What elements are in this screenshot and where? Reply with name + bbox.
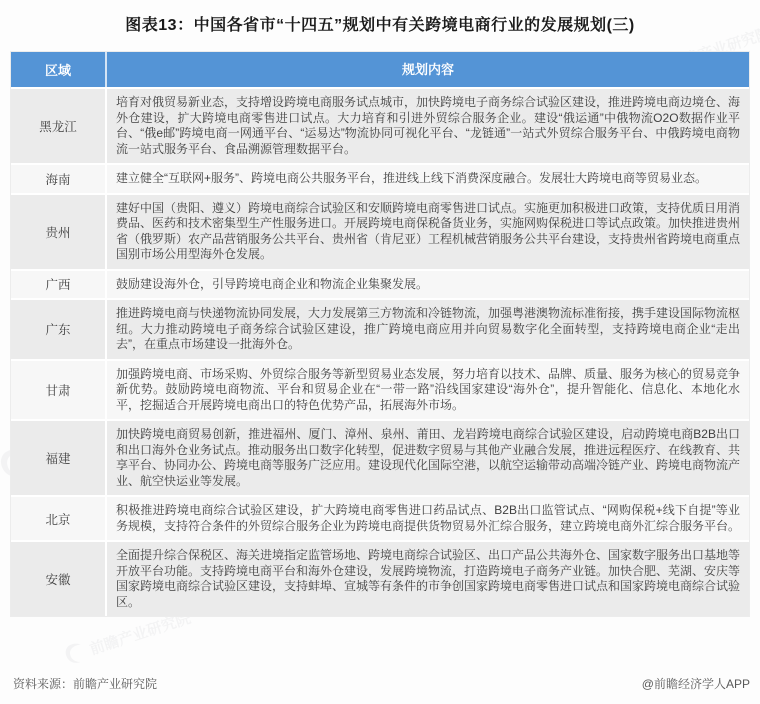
region-cell: 广西 [11,271,107,299]
qianzhan-swoosh-icon [60,639,90,669]
plan-content-cell: 加强跨境电商、市场采购、外贸综合服务等新型贸易业态发展，努力培育以技术、品牌、质… [107,361,749,420]
plan-content-cell: 积极推进跨境电商综合试验区建设，扩大跨境电商零售进口药品试点、B2B出口监管试点… [107,497,749,540]
plan-content-cell: 建立健全“互联网+服务”、跨境电商公共服务平台，推进线上线下消费深度融合。发展壮… [107,165,749,193]
source-note: 资料来源：前瞻产业研究院 [13,675,157,692]
plan-table: 区域 规划内容 黑龙江 培育对俄贸易新业态，支持增设跨境电商服务试点城市，加快跨… [10,51,750,617]
region-cell: 北京 [11,497,107,540]
region-cell: 海南 [11,165,107,193]
region-cell: 贵州 [11,195,107,269]
plan-content-cell: 培育对俄贸易新业态，支持增设跨境电商服务试点城市，加快跨境电子商务综合试验区建设… [107,89,749,163]
table-row: 广东 推进跨境电商与快递物流协同发展，大力发展第三方物流和冷链物流，加强粤港澳物… [11,298,749,359]
region-cell: 黑龙江 [11,89,107,163]
column-header-region: 区域 [11,52,107,87]
plan-content-cell: 鼓励建设海外仓，引导跨境电商企业和物流企业集聚发展。 [107,271,749,299]
region-cell: 安徽 [11,542,107,616]
table-row: 海南 建立健全“互联网+服务”、跨境电商公共服务平台，推进线上线下消费深度融合。… [11,163,749,193]
table-row: 黑龙江 培育对俄贸易新业态，支持增设跨境电商服务试点城市，加快跨境电子商务综合试… [11,87,749,163]
region-cell: 广东 [11,300,107,359]
region-cell: 福建 [11,421,107,495]
figure-title: 图表13：中国各省市“十四五”规划中有关跨境电商行业的发展规划(三) [0,12,760,35]
region-cell: 甘肃 [11,361,107,420]
table-row: 福建 加快跨境电商贸易创新，推进福州、厦门、漳州、泉州、莆田、龙岩跨境电商综合试… [11,419,749,495]
plan-content-cell: 全面提升综合保税区、海关进境指定监管场地、跨境电商综合试验区、出口产品公共海外仓… [107,542,749,616]
app-credit: @前瞻经济学人APP [642,675,750,692]
table-row: 甘肃 加强跨境电商、市场采购、外贸综合服务等新型贸易业态发展，努力培育以技术、品… [11,359,749,420]
column-header-content: 规划内容 [107,52,749,87]
table-row: 安徽 全面提升综合保税区、海关进境指定监管场地、跨境电商综合试验区、出口产品公共… [11,540,749,616]
figure-footer: 资料来源：前瞻产业研究院 @前瞻经济学人APP [13,675,750,692]
table-row: 贵州 建好中国（贵阳、遵义）跨境电商综合试验区和安顺跨境电商零售进口试点。实施更… [11,193,749,269]
table-row: 北京 积极推进跨境电商综合试验区建设，扩大跨境电商零售进口药品试点、B2B出口监… [11,495,749,540]
plan-content-cell: 加快跨境电商贸易创新，推进福州、厦门、漳州、泉州、莆田、龙岩跨境电商综合试验区建… [107,421,749,495]
plan-content-cell: 建好中国（贵阳、遵义）跨境电商综合试验区和安顺跨境电商零售进口试点。实施更加积极… [107,195,749,269]
table-row: 广西 鼓励建设海外仓，引导跨境电商企业和物流企业集聚发展。 [11,269,749,299]
table-header-row: 区域 规划内容 [11,52,749,87]
plan-content-cell: 推进跨境电商与快递物流协同发展，大力发展第三方物流和冷链物流，加强粤港澳物流标准… [107,300,749,359]
